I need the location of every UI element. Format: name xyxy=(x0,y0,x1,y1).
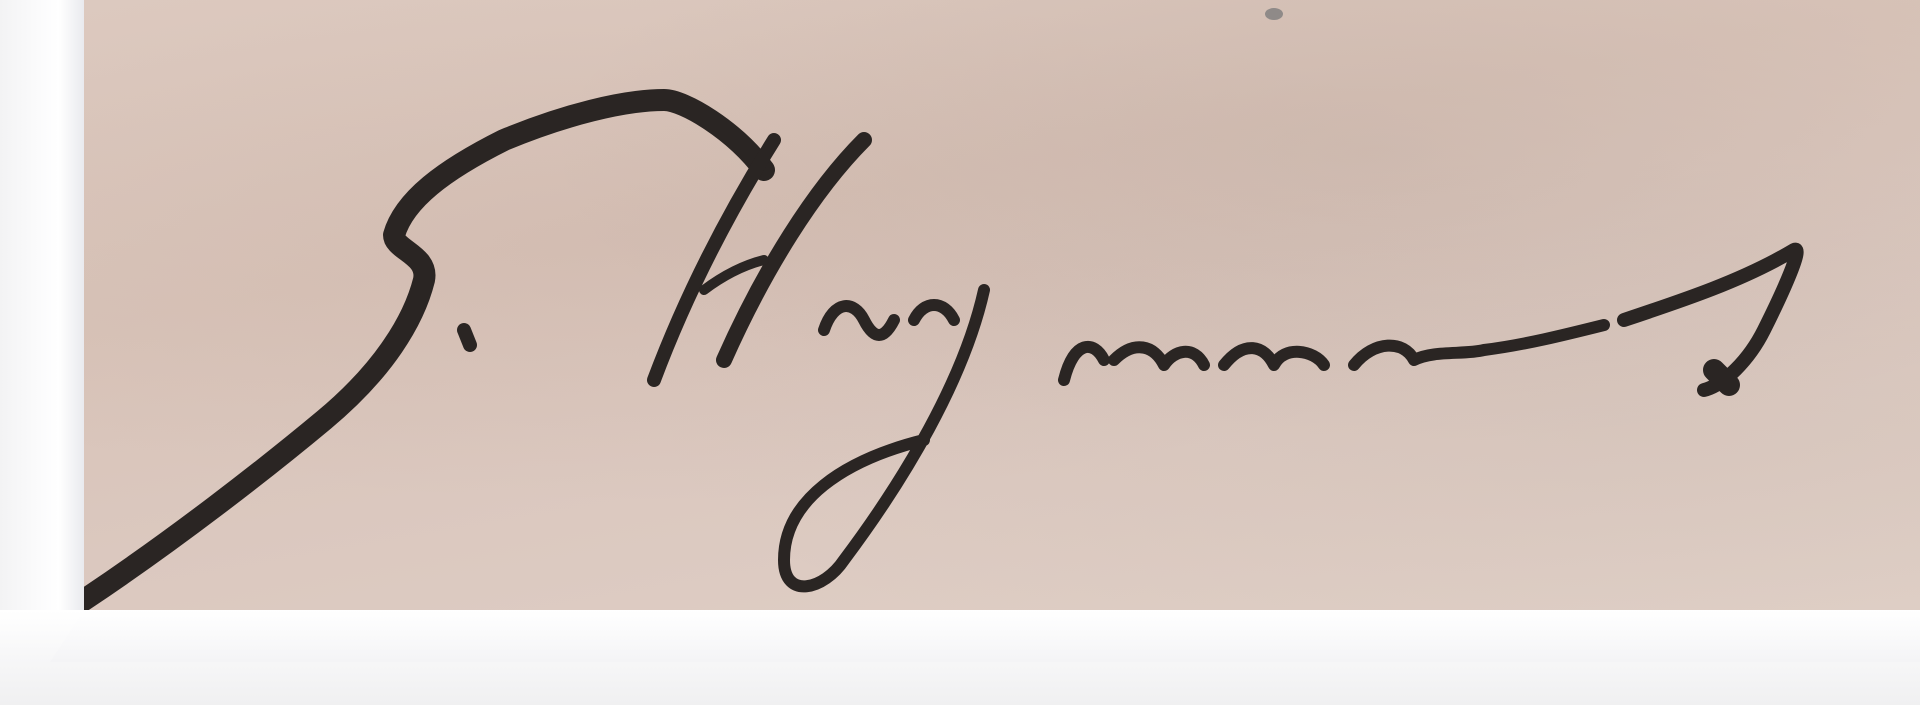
signature xyxy=(84,0,1920,610)
mat-left-edge xyxy=(0,0,84,705)
mat-bevel-bottom xyxy=(50,610,1920,662)
